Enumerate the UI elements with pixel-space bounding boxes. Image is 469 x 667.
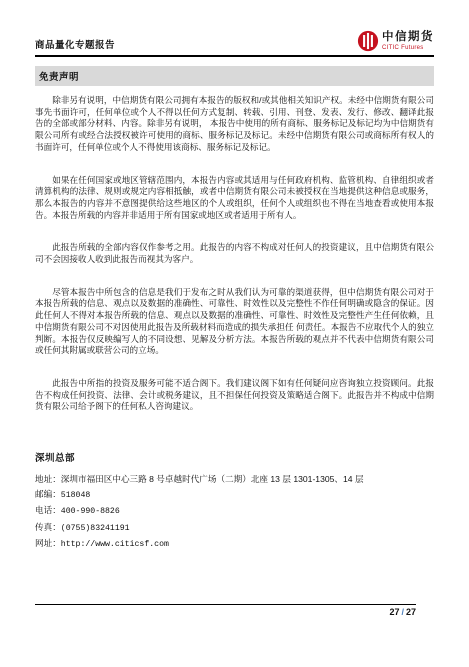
page-number: 27/27: [389, 607, 416, 617]
fax-label: 传真：: [35, 522, 61, 532]
disclaimer-paragraph: 如果在任何国家或地区管辖范围内，本报告内容或其适用与任何政府机构、监管机构、自律…: [35, 175, 434, 222]
report-header: 商品量化专题报告 中信期货 CITIC Futures: [35, 30, 434, 57]
website-label: 网址：: [35, 538, 61, 548]
office-row-website: 网址：http://www.citicsf.com: [35, 536, 434, 552]
brand-name: 中信期货 CITIC Futures: [382, 32, 434, 51]
disclaimer-paragraph: 此报告所载的全部内容仅作参考之用。此报告的内容不构成对任何人的投资建议，且中信期…: [35, 242, 434, 265]
brand-name-cn: 中信期货: [382, 32, 434, 44]
total-pages: 27: [406, 607, 416, 617]
disclaimer-section-title: 免责声明: [39, 72, 79, 83]
brand-name-en: CITIC Futures: [382, 45, 434, 51]
disclaimer-paragraph: 尽管本报告中所包含的信息是我们于发布之时从我们认为可靠的渠道获得，但中信期货有限…: [35, 287, 434, 357]
disclaimer-paragraph: 除非另有说明，中信期货有限公司拥有本报告的版权和/或其他相关知识产权。未经中信期…: [35, 95, 434, 154]
address-label: 地址：: [35, 474, 61, 484]
page-footer: 27/27: [35, 604, 416, 617]
fax-value: (0755)83241191: [61, 524, 130, 533]
office-row-address: 地址：深圳市福田区中心三路 8 号卓越时代广场（二期）北座 13 层 1301-…: [35, 472, 434, 487]
postcode-label: 邮编：: [35, 489, 61, 499]
phone-value: 400-990-8826: [61, 507, 120, 516]
report-page: 商品量化专题报告 中信期货 CITIC Futures 免责声明 除非另有说明，…: [0, 0, 469, 667]
brand-logo: 中信期货 CITIC Futures: [357, 30, 434, 52]
office-title: 深圳总部: [35, 450, 434, 464]
current-page: 27: [389, 607, 399, 617]
office-row-phone: 电话：400-990-8826: [35, 503, 434, 519]
postcode-value: 518048: [61, 491, 90, 500]
disclaimer-section-bar: 免责声明: [35, 66, 434, 86]
report-title: 商品量化专题报告: [35, 37, 115, 54]
phone-label: 电话：: [35, 505, 61, 515]
citic-emblem-icon: [357, 30, 379, 52]
office-row-fax: 传真：(0755)83241191: [35, 520, 434, 536]
website-link[interactable]: http://www.citicsf.com: [61, 540, 169, 549]
disclaimer-body: 除非另有说明，中信期货有限公司拥有本报告的版权和/或其他相关知识产权。未经中信期…: [35, 95, 434, 413]
office-row-postcode: 邮编：518048: [35, 487, 434, 503]
office-section: 深圳总部 地址：深圳市福田区中心三路 8 号卓越时代广场（二期）北座 13 层 …: [35, 450, 434, 552]
disclaimer-paragraph: 此报告中所指的投资及服务可能不适合阁下。我们建议阁下如有任何疑问应咨询独立投资顾…: [35, 378, 434, 413]
address-value: 深圳市福田区中心三路 8 号卓越时代广场（二期）北座 13 层 1301-130…: [61, 474, 364, 484]
